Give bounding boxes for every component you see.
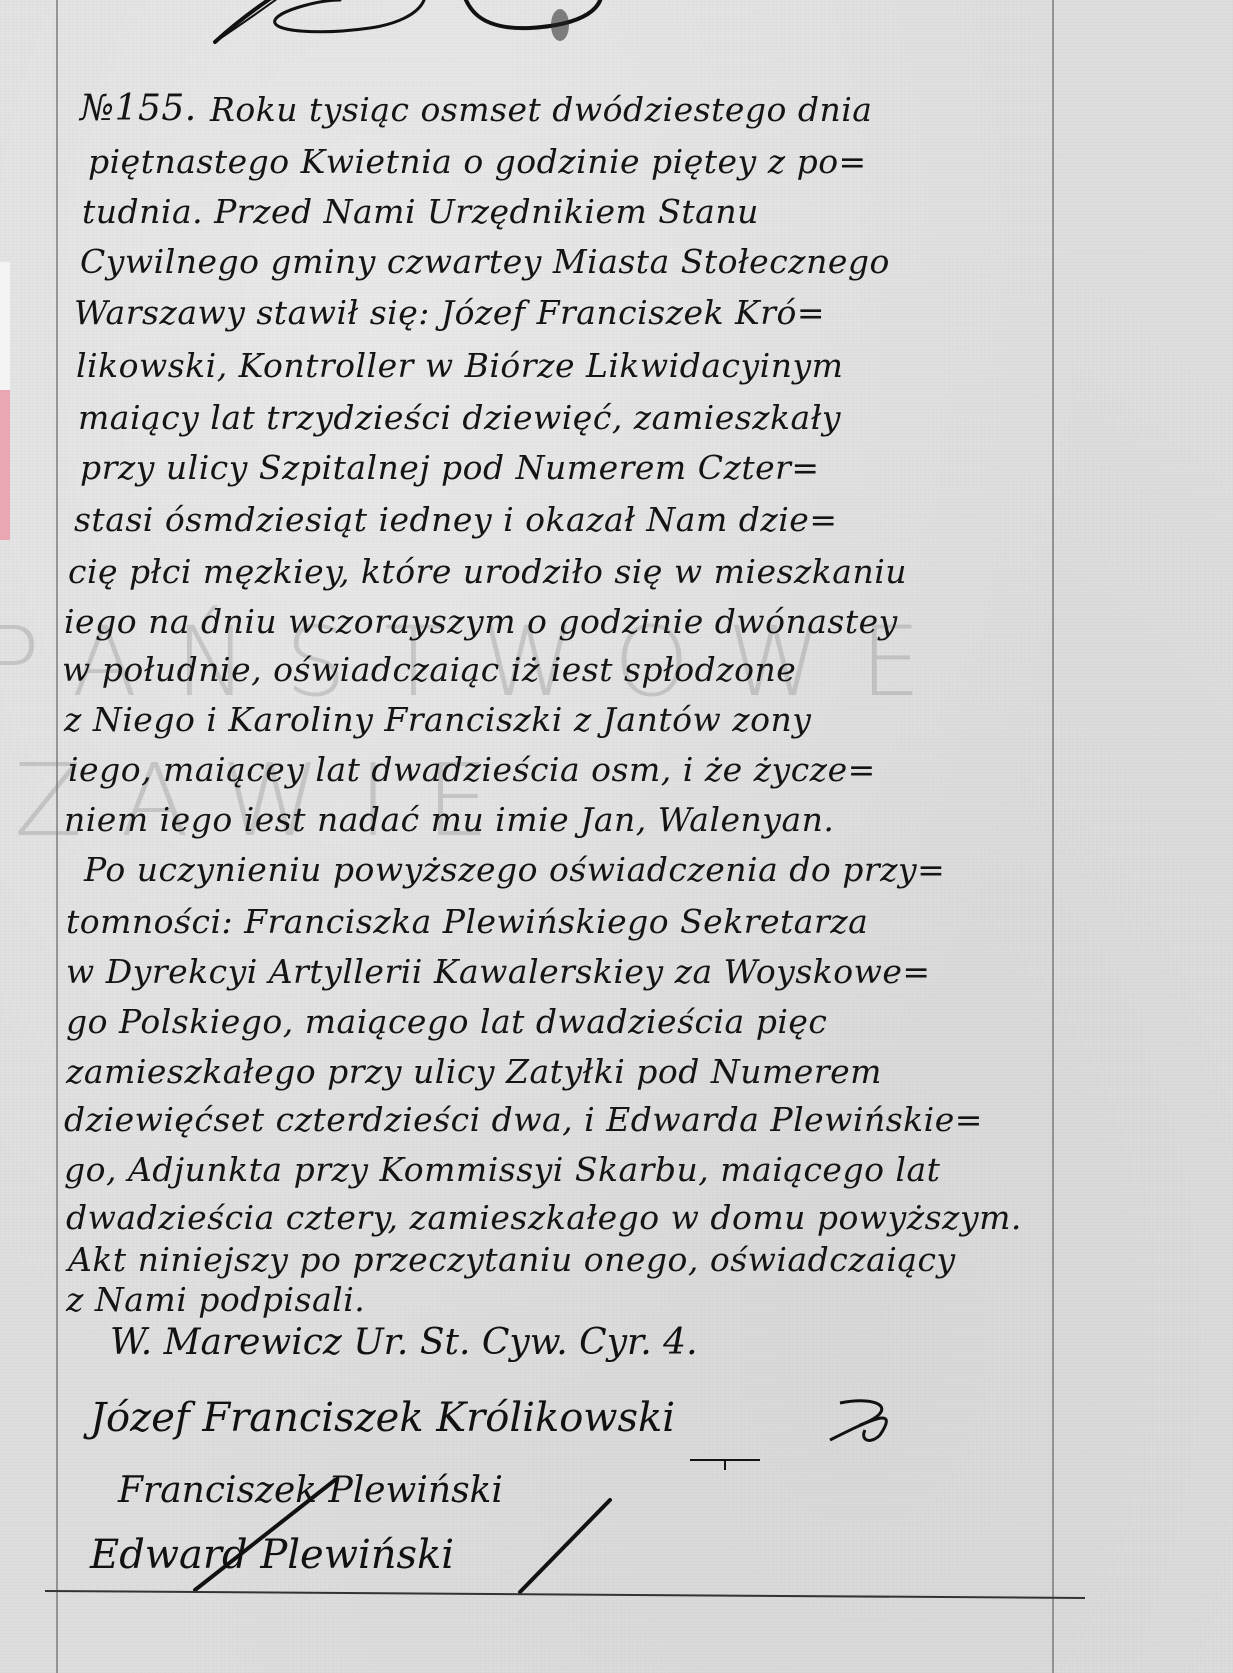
signature-flourishes xyxy=(0,0,1233,1673)
document-page: PAŃSTWOWE ZAWIE №155. Roku tysiąc osmset… xyxy=(0,0,1233,1673)
